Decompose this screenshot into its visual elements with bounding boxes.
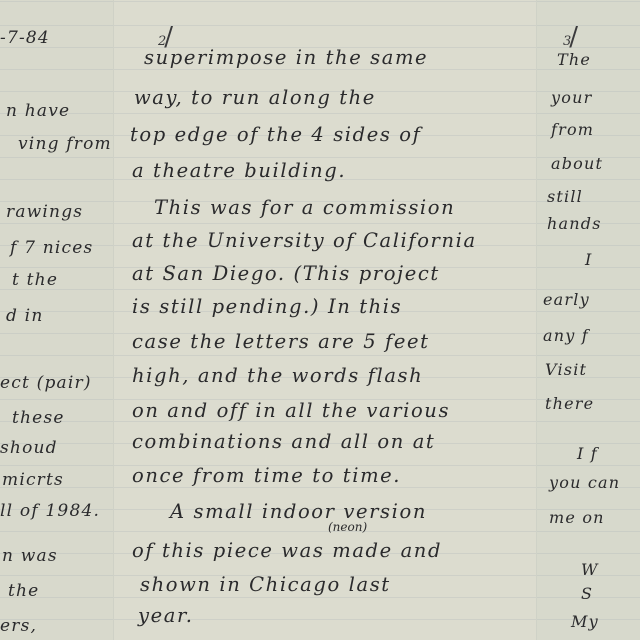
handwritten-line: Visit <box>545 362 587 378</box>
handwritten-line: ers, <box>0 618 37 635</box>
handwritten-line: My <box>571 614 599 630</box>
handwritten-line: hands <box>547 216 602 232</box>
handwritten-line: I <box>585 252 593 268</box>
handwritten-line: a theatre building. <box>132 161 346 181</box>
handwritten-line: This was for a commission <box>154 198 455 218</box>
handwritten-line: rawings <box>6 204 83 221</box>
handwritten-line: micrts <box>2 472 64 489</box>
handwritten-line: ll of 1984. <box>0 503 100 520</box>
handwritten-line: high, and the words flash <box>132 366 423 386</box>
handwritten-line: the <box>8 583 39 600</box>
handwritten-line: ving from <box>18 136 112 153</box>
handwritten-line: these <box>12 410 65 427</box>
handwritten-line: combinations and all on at <box>132 432 435 452</box>
handwritten-line: A small indoor version <box>170 502 427 522</box>
handwritten-line: S <box>581 586 593 602</box>
handwritten-line: case the letters are 5 feet <box>132 332 430 352</box>
handwritten-line: at the University of California <box>132 231 477 251</box>
handwritten-line: n have <box>6 103 70 120</box>
handwritten-line: is still pending.) In this <box>132 297 402 317</box>
handwritten-line: -7-84 <box>0 30 50 47</box>
handwritten-insertion: (neon) <box>328 520 367 534</box>
handwritten-line: you can <box>549 475 620 491</box>
handwritten-line: there <box>545 396 594 412</box>
handwritten-line: shoud <box>0 440 58 457</box>
letter-page-3: 3/ TheyourfromaboutstillhandsIearlyany f… <box>536 0 640 640</box>
letter-page-1: -7-84n haveving fromrawingsf 7 nicest th… <box>0 0 113 640</box>
handwritten-line: shown in Chicago last <box>140 575 391 595</box>
handwritten-line: early <box>543 292 590 308</box>
handwritten-line: still <box>547 189 583 205</box>
page-number-3: 3/ <box>563 22 578 52</box>
letter-scan: -7-84n haveving fromrawingsf 7 nicest th… <box>0 0 640 640</box>
handwritten-line: W <box>581 562 599 578</box>
page-number-slash: / <box>569 22 578 52</box>
handwritten-line: your <box>551 90 592 106</box>
handwritten-line: of this piece was made and <box>132 541 442 561</box>
handwritten-line: n was <box>2 548 58 565</box>
handwritten-line: once from time to time. <box>132 466 401 486</box>
handwritten-line: I f <box>577 446 598 462</box>
handwritten-line: superimpose in the same <box>144 48 428 68</box>
handwritten-line: on and off in all the various <box>132 401 450 421</box>
handwritten-line: t the <box>12 272 58 289</box>
handwritten-line: year. <box>138 606 194 626</box>
handwritten-line: me on <box>549 510 605 526</box>
letter-page-2: 2/ superimpose in the sameway, to run al… <box>113 0 536 640</box>
handwritten-line: top edge of the 4 sides of <box>130 125 421 145</box>
handwritten-line: from <box>551 122 594 138</box>
handwritten-line: f 7 nices <box>10 240 93 257</box>
handwritten-line: The <box>557 52 591 68</box>
handwritten-line: about <box>551 156 603 172</box>
handwritten-line: any f <box>543 328 589 344</box>
handwritten-line: at San Diego. (This project <box>132 264 440 284</box>
handwritten-line: ect (pair) <box>0 375 92 392</box>
handwritten-line: d in <box>6 308 43 325</box>
handwritten-line: way, to run along the <box>134 88 376 108</box>
